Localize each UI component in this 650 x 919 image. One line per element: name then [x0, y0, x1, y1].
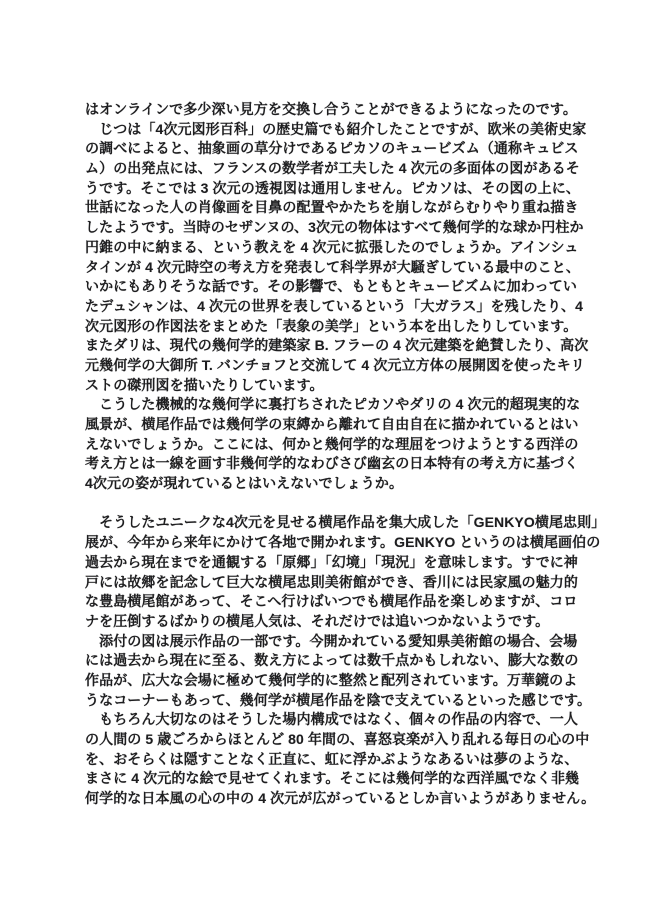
text-line: じつは「4次元図形百科」の歴史篇でも紹介したことですが、欧米の美術史家	[85, 120, 569, 140]
text-line: またダリは、現代の幾何学的建築家 B. フラーの 4 次元建築を絶賛したり、高次	[85, 336, 569, 356]
text-line: 過去から現在までを通観する「原郷」「幻境」「現況」を意味します。すでに神	[85, 553, 569, 573]
text-line: 考え方とは一線を画す非幾何学的なわびさび幽玄の日本特有の考え方に基づく	[85, 454, 569, 474]
text-line: うなコーナーもあって、幾何学が横尾作品を陰で支えているといった感じです。	[85, 691, 569, 711]
text-line: 元幾何学の大御所 T. バンチョフと交流して 4 次元立方体の展開図を使ったキリ	[85, 356, 569, 376]
text-line: 次元図形の作図法をまとめた「表象の美学」という本を出したりしています。	[85, 317, 569, 337]
text-line: 添付の図は展示作品の一部です。今開かれている愛知県美術館の場合、会場	[85, 632, 569, 652]
text-line: ム）の出発点には、フランスの数学者が工夫した 4 次元の多面体の図があるそ	[85, 159, 569, 179]
text-line: そうしたユニークな4次元を見せる横尾作品を集大成した「GENKYO横尾忠則」	[85, 513, 569, 533]
document-page: はオンラインで多少深い見方を交換し合うことができるようになったのです。 じつは「…	[0, 0, 650, 919]
text-line: 世話になった人の肖像画を目鼻の配置やかたちを崩しながらむりやり重ね描き	[85, 198, 569, 218]
text-line: タインが 4 次元時空の考え方を発表して科学界が大騒ぎしている最中のこと、	[85, 258, 569, 278]
text-line: 作品が、広大な会場に極めて幾何学的に整然と配列されています。万華鏡のよ	[85, 671, 569, 691]
text-line: まさに 4 次元的な絵で見せてくれます。そこには幾何学的な西洋風でなく非幾	[85, 769, 569, 789]
text-line: こうした機械的な幾何学に裏打ちされたピカソやダリの 4 次元的超現実的な	[85, 395, 569, 415]
document-text-block: はオンラインで多少深い見方を交換し合うことができるようになったのです。 じつは「…	[85, 100, 569, 809]
text-line: いかにもありそうな話です。その影響で、もともとキュービズムに加わってい	[85, 277, 569, 297]
text-line: ストの磔刑図を描いたりしています。	[85, 376, 569, 396]
text-line: の調べによると、抽象画の草分けであるピカソのキュービズム（通称キュビス	[85, 139, 569, 159]
text-line: ナを圧倒するばかりの横尾人気は、それだけでは追いつかないようです。	[85, 612, 569, 632]
blank-line	[85, 494, 569, 514]
text-line: な豊島横尾館があって、そこへ行けばいつでも横尾作品を楽しめますが、コロ	[85, 592, 569, 612]
text-line: 円錐の中に納まる、という教えを 4 次元に拡張したのでしょうか。アインシュ	[85, 238, 569, 258]
text-line: 4次元の姿が現れているとはいえないでしょうか。	[85, 474, 569, 494]
text-line: の人間の 5 歳ごろからほとんど 80 年間の、喜怒哀楽が入り乱れる毎日の心の中	[85, 730, 569, 750]
text-line: もちろん大切なのはそうした場内構成ではなく、個々の作品の内容で、一人	[85, 710, 569, 730]
text-line: したようです。当時のセザンヌの、3次元の物体はすべて幾何学的な球か円柱か	[85, 218, 569, 238]
text-line: うです。そこでは 3 次元の透視図は通用しません。ピカソは、その図の上に、	[85, 179, 569, 199]
text-line: 展が、今年から来年にかけて各地で開かれます。GENKYO というのは横尾画伯の	[85, 533, 569, 553]
text-line: えないでしょうか。ここには、何かと幾何学的な理屈をつけようとする西洋の	[85, 435, 569, 455]
text-line: たデュシャンは、4 次元の世界を表しているという「大ガラス」を残したり、4	[85, 297, 569, 317]
text-line: 戸には故郷を記念して巨大な横尾忠則美術館ができ、香川には民家風の魅力的	[85, 573, 569, 593]
text-line: はオンラインで多少深い見方を交換し合うことができるようになったのです。	[85, 100, 569, 120]
text-line: には過去から現在に至る、数え方によっては数千点かもしれない、膨大な数の	[85, 651, 569, 671]
text-line: 風景が、横尾作品では幾何学の束縛から離れて自由自在に描かれているとはい	[85, 415, 569, 435]
text-line: 何学的な日本風の心の中の 4 次元が広がっているとしか言いようがありません。	[85, 789, 569, 809]
text-line: を、おそらくは隠すことなく正直に、虹に浮かぶようなあるいは夢のような、	[85, 750, 569, 770]
